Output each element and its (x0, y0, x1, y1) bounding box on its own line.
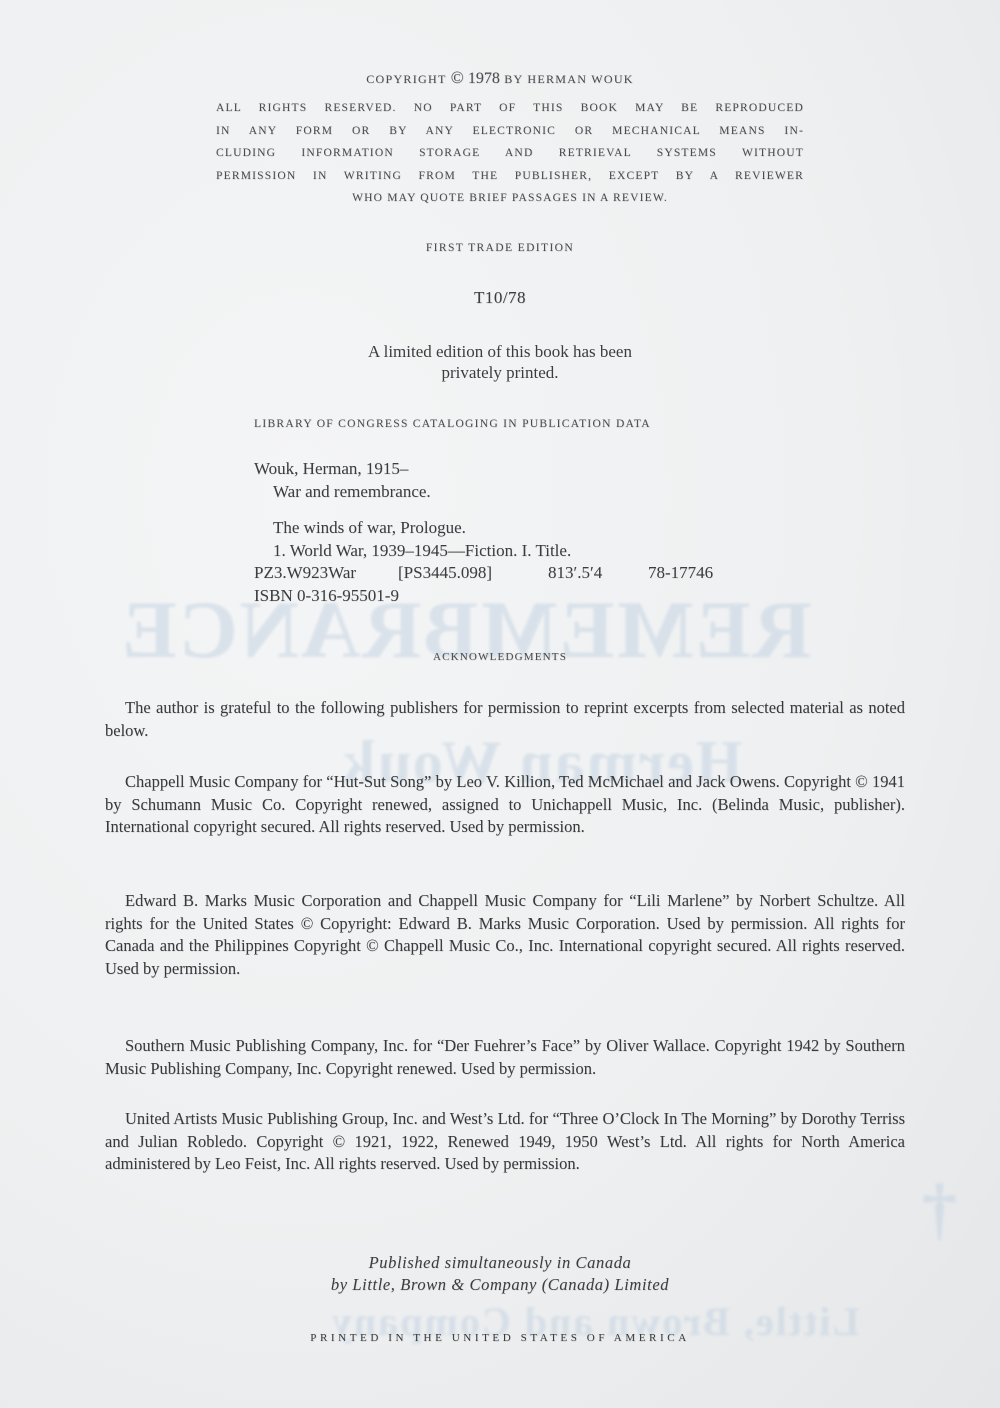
cip-dewey: 813′.5′4 (548, 562, 648, 585)
canada-publication-note: Published simultaneously in Canada by Li… (0, 1252, 1000, 1296)
limited-edition-line: A limited edition of this book has been (0, 341, 1000, 362)
edition-label: FIRST TRADE EDITION (0, 242, 1000, 254)
cip-title: War and remembrance. (254, 481, 713, 504)
show-through-decoration: † (920, 1170, 957, 1250)
copyright-symbol-icon: © (451, 68, 464, 87)
canada-line: Published simultaneously in Canada (0, 1252, 1000, 1274)
copyright-page: REMEMBRANCE Herman Wouk Little, Brown an… (0, 0, 1000, 1408)
cip-call-number: PZ3.W923War (254, 562, 398, 585)
cip-classification-row: PZ3.W923War[PS3445.098]813′.5′478-17746 (254, 562, 713, 585)
rights-line: IN ANY FORM OR BY ANY ELECTRONIC OR MECH… (216, 120, 804, 143)
cip-isbn: ISBN 0-316-95501-9 (254, 585, 713, 608)
cip-lccn: 78-17746 (648, 562, 713, 585)
cip-author: Wouk, Herman, 1915– (254, 458, 713, 481)
limited-edition-line: privately printed. (0, 362, 1000, 383)
printing-code: T10/78 (0, 288, 1000, 308)
rights-line: WHO MAY QUOTE BRIEF PASSAGES IN A REVIEW… (216, 187, 804, 210)
cip-subjects: 1. World War, 1939–1945—Fiction. I. Titl… (254, 540, 713, 563)
acknowledgments-heading: ACKNOWLEDGMENTS (0, 651, 1000, 663)
acknowledgment-paragraph: Edward B. Marks Music Corporation and Ch… (105, 890, 905, 980)
rights-notice: ALL RIGHTS RESERVED. NO PART OF THIS BOO… (216, 97, 804, 210)
rights-line: PERMISSION IN WRITING FROM THE PUBLISHER… (216, 165, 804, 188)
acknowledgment-paragraph: Chappell Music Company for “Hut-Sut Song… (105, 771, 905, 839)
acknowledgments-intro: The author is grateful to the following … (105, 697, 905, 742)
limited-edition-note: A limited edition of this book has been … (0, 341, 1000, 383)
printed-in-label: PRINTED IN THE UNITED STATES OF AMERICA (0, 1332, 1000, 1344)
canada-line: by Little, Brown & Company (Canada) Limi… (0, 1274, 1000, 1296)
cip-heading: LIBRARY OF CONGRESS CATALOGING IN PUBLIC… (254, 418, 651, 430)
copyright-line: COPYRIGHT © 1978 BY HERMAN WOUK (0, 68, 1000, 88)
cip-lc-class: [PS3445.098] (398, 562, 548, 585)
cip-block: Wouk, Herman, 1915– War and remembrance.… (254, 458, 713, 607)
rights-line: ALL RIGHTS RESERVED. NO PART OF THIS BOO… (216, 97, 804, 120)
copyright-prefix: COPYRIGHT (366, 72, 446, 86)
rights-line: CLUDING INFORMATION STORAGE AND RETRIEVA… (216, 142, 804, 165)
cip-note: The winds of war, Prologue. (254, 517, 713, 540)
acknowledgment-paragraph: Southern Music Publishing Company, Inc. … (105, 1035, 905, 1080)
copyright-year: 1978 (468, 70, 500, 87)
acknowledgment-paragraph: United Artists Music Publishing Group, I… (105, 1108, 905, 1176)
copyright-holder: BY HERMAN WOUK (504, 72, 634, 86)
